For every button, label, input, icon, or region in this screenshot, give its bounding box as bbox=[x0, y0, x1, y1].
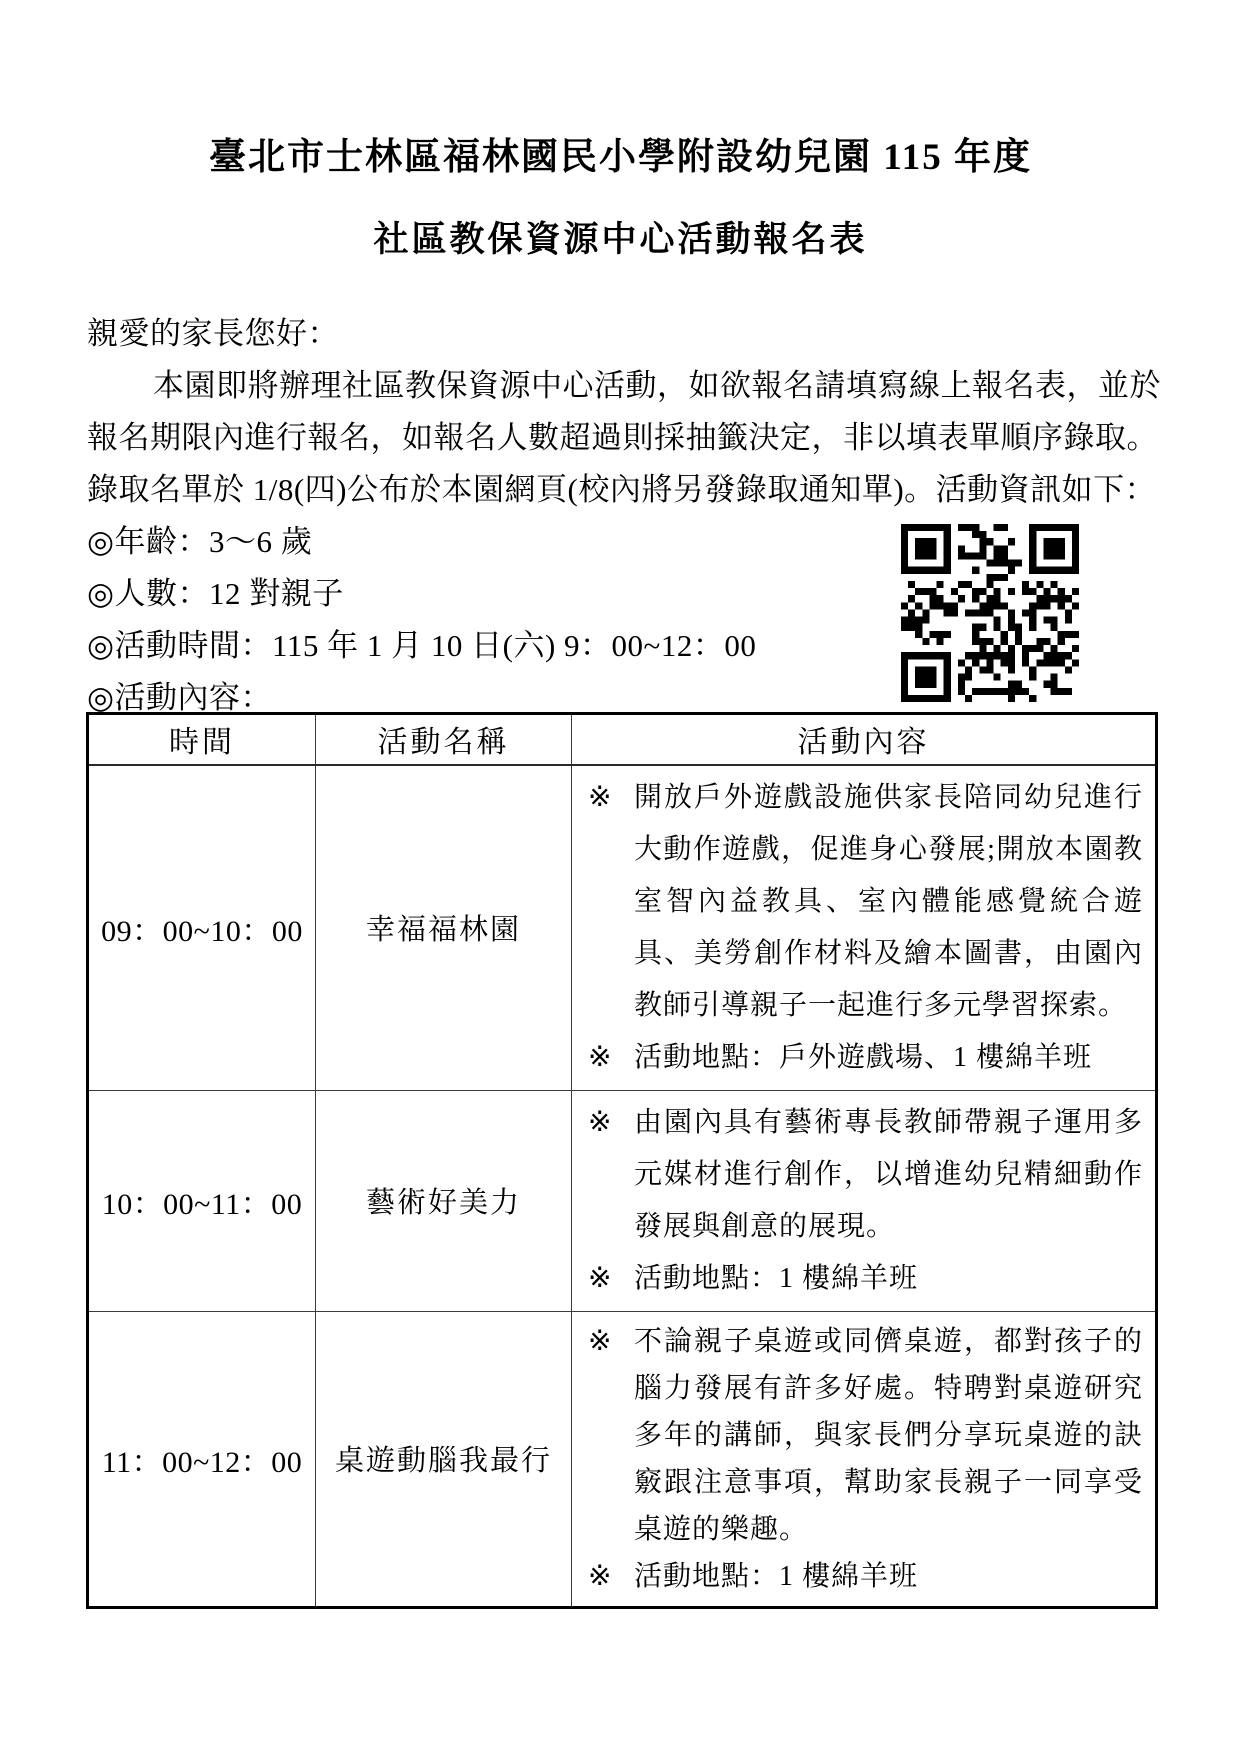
header-cell-activity-content: 活動內容 bbox=[572, 714, 1157, 765]
content-item-text: 不論親子桌遊或同儕桌遊，都對孩子的腦力發展有許多好處。特聘對桌遊研究多年的講師，… bbox=[634, 1318, 1143, 1553]
header-cell-time: 時間 bbox=[88, 714, 316, 765]
greeting-line: 親愛的家長您好： bbox=[87, 308, 1162, 360]
content-item-text: 開放戶外遊戲設施供家長陪同幼兒進行大動作遊戲，促進身心發展;開放本園教室智內益教… bbox=[634, 772, 1143, 1032]
content-item-text: 活動地點：1 樓綿羊班 bbox=[634, 1253, 1143, 1305]
content-item: ※ 活動地點：1 樓綿羊班 bbox=[588, 1553, 1143, 1600]
table-header-row: 時間 活動名稱 活動內容 bbox=[88, 714, 1157, 765]
activity-content-cell: ※ 不論親子桌遊或同儕桌遊，都對孩子的腦力發展有許多好處。特聘對桌遊研究多年的講… bbox=[572, 1311, 1157, 1607]
reference-mark-icon: ※ bbox=[588, 1253, 634, 1305]
document-page: 臺北市士林區福林國民小學附設幼兒園 115 年度 社區教保資源中心活動報名表 親… bbox=[0, 0, 1241, 1755]
reference-mark-icon: ※ bbox=[588, 1553, 634, 1600]
content-item: ※ 活動地點：戶外遊戲場、1 樓綿羊班 bbox=[588, 1032, 1143, 1084]
content-item: ※ 活動地點：1 樓綿羊班 bbox=[588, 1253, 1143, 1305]
header-cell-activity-name: 活動名稱 bbox=[316, 714, 572, 765]
activity-name-cell: 桌遊動腦我最行 bbox=[316, 1311, 572, 1607]
paragraph-line-1: 本園即將辦理社區教保資源中心活動，如欲報名請填寫線上報名表，並於 bbox=[87, 360, 1162, 412]
time-cell: 09：00~10：00 bbox=[88, 765, 316, 1091]
reference-mark-icon: ※ bbox=[588, 1032, 634, 1084]
content-item: ※ 不論親子桌遊或同儕桌遊，都對孩子的腦力發展有許多好處。特聘對桌遊研究多年的講… bbox=[588, 1318, 1143, 1553]
reference-mark-icon: ※ bbox=[588, 1318, 634, 1365]
reference-mark-icon: ※ bbox=[588, 1097, 634, 1149]
document-title-line1: 臺北市士林區福林國民小學附設幼兒園 115 年度 bbox=[0, 126, 1241, 180]
table-row: 09：00~10：00 幸福福林園 ※ 開放戶外遊戲設施供家長陪同幼兒進行大動作… bbox=[88, 765, 1157, 1091]
time-cell: 10：00~11：00 bbox=[88, 1090, 316, 1311]
content-item-text: 由園內具有藝術專長教師帶親子運用多元媒材進行創作，以增進幼兒精細動作發展與創意的… bbox=[634, 1097, 1143, 1253]
activity-name-cell: 幸福福林園 bbox=[316, 765, 572, 1091]
time-cell: 11：00~12：00 bbox=[88, 1311, 316, 1607]
table-row: 10：00~11：00 藝術好美力 ※ 由園內具有藝術專長教師帶親子運用多元媒材… bbox=[88, 1090, 1157, 1311]
content-item-text: 活動地點：1 樓綿羊班 bbox=[634, 1553, 1143, 1600]
paragraph-line-2: 報名期限內進行報名，如報名人數超過則採抽籤決定，非以填表單順序錄取。 bbox=[87, 412, 1162, 464]
activity-content-cell: ※ 由園內具有藝術專長教師帶親子運用多元媒材進行創作，以增進幼兒精細動作發展與創… bbox=[572, 1090, 1157, 1311]
activity-schedule-table: 時間 活動名稱 活動內容 09：00~10：00 幸福福林園 ※ 開放戶外遊戲設… bbox=[86, 712, 1158, 1609]
reference-mark-icon: ※ bbox=[588, 772, 634, 824]
qr-code-icon bbox=[901, 524, 1079, 702]
content-item: ※ 由園內具有藝術專長教師帶親子運用多元媒材進行創作，以增進幼兒精細動作發展與創… bbox=[588, 1097, 1143, 1253]
content-item-text: 活動地點：戶外遊戲場、1 樓綿羊班 bbox=[634, 1032, 1143, 1084]
paragraph-line-3: 錄取名單於 1/8(四)公布於本園網頁(校內將另發錄取通知單)。活動資訊如下： bbox=[87, 464, 1162, 516]
document-title-line2: 社區教保資源中心活動報名表 bbox=[0, 212, 1241, 262]
activity-name-cell: 藝術好美力 bbox=[316, 1090, 572, 1311]
activity-content-cell: ※ 開放戶外遊戲設施供家長陪同幼兒進行大動作遊戲，促進身心發展;開放本園教室智內… bbox=[572, 765, 1157, 1091]
content-item: ※ 開放戶外遊戲設施供家長陪同幼兒進行大動作遊戲，促進身心發展;開放本園教室智內… bbox=[588, 772, 1143, 1032]
table-row: 11：00~12：00 桌遊動腦我最行 ※ 不論親子桌遊或同儕桌遊，都對孩子的腦… bbox=[88, 1311, 1157, 1607]
